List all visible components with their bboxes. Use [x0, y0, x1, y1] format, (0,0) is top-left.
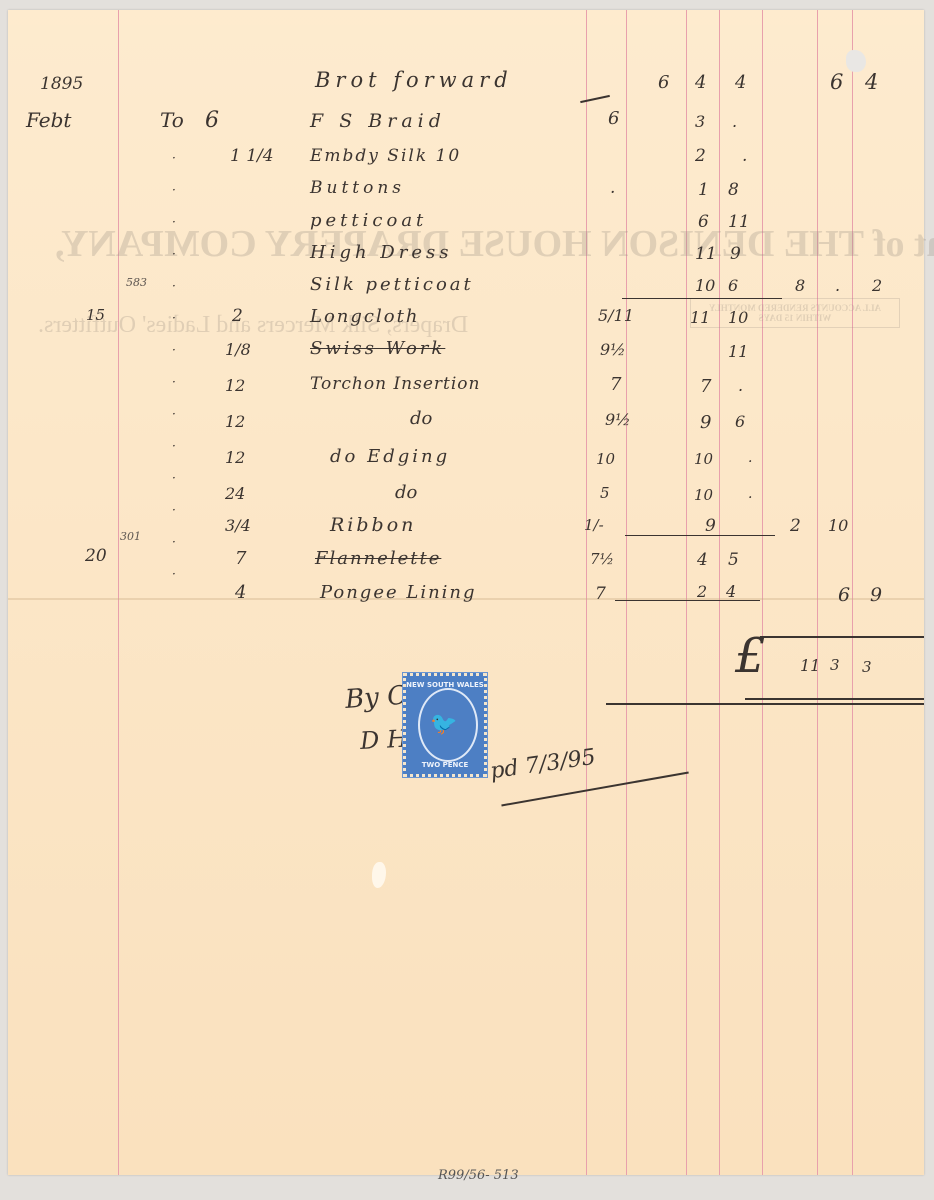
total-pounds: 11 [800, 656, 820, 675]
entry-subtotal-s: 8 [795, 276, 805, 295]
entry-rate: 7 [595, 584, 606, 604]
margin-rule [118, 10, 119, 1175]
subtotal-line [615, 600, 760, 601]
total-pence: 3 [862, 658, 872, 676]
entry-s: 9 [700, 412, 711, 433]
entry-qty: 1 1/4 [230, 146, 274, 166]
entry-date: 20 [85, 546, 107, 566]
total-top-line [760, 636, 924, 638]
entry-subtotal-s: 6 [838, 584, 850, 606]
entry-d: 6 [735, 412, 745, 431]
entry-subtotal-d: 2 [872, 276, 882, 295]
entry-qty: 24 [225, 484, 245, 503]
entry-s: 2 [695, 146, 706, 166]
entry-d: 11 [728, 342, 748, 361]
entry-date: 15 [86, 306, 105, 324]
entry-s: 4 [697, 550, 708, 570]
entry-subtotal-s: 2 [790, 516, 801, 536]
entry-rate: 10 [596, 450, 615, 468]
entry-s: 7 [700, 376, 711, 397]
entry-item: Silk petticoat [310, 274, 474, 295]
entry-item: Flannelette [315, 548, 441, 569]
column-rule [762, 10, 763, 1175]
entry-item: High Dress [310, 242, 452, 263]
entry-d: 6 [728, 276, 738, 295]
bf-d: 4 [735, 72, 746, 93]
entry-s: 10 [694, 486, 713, 504]
subtotal-line [622, 298, 782, 299]
subtotal-line [625, 535, 775, 536]
entry-item: F S Braid [310, 110, 446, 132]
entry-qty: 12 [225, 376, 245, 395]
entry-rate: 9½ [600, 340, 626, 359]
entry-d: 4 [726, 582, 736, 601]
entry-rate: 7 [610, 374, 621, 395]
letterhead-ghost-box: ALL ACCOUNTS RENDERED MONTHLY WITHIN 15 … [690, 298, 900, 328]
letterhead-ghost: Bought of THE DENISON HOUSE DRAPERY COMP… [55, 222, 934, 266]
entry-subtotal-sep: . [835, 276, 840, 295]
emu-icon: 🐦 [430, 712, 457, 737]
entry-item: Buttons [310, 178, 405, 198]
entry-d: . [748, 450, 752, 466]
entry-subtotal-d: 10 [828, 516, 848, 535]
entry-ref: 583 [126, 276, 147, 289]
entry-d: . [742, 146, 747, 166]
entry-d: 8 [728, 180, 739, 200]
entry-rate: . [610, 178, 615, 198]
entry-rate: 1/- [584, 516, 604, 534]
entry-qty: 3/4 [225, 516, 251, 535]
entry-item: do [395, 482, 417, 503]
stamp-bottom-text: TWO PENCE [406, 761, 484, 769]
brought-forward-label: Brot forward [315, 68, 513, 92]
pound-sign: £ [735, 628, 766, 684]
column-rule [817, 10, 818, 1175]
entry-d: 9 [705, 516, 716, 536]
entry-d: . [748, 486, 752, 502]
entry-qty: 12 [225, 412, 245, 431]
column-rule [719, 10, 720, 1175]
entry-item: Longcloth [310, 306, 419, 327]
entry-d: . [738, 376, 743, 395]
revenue-stamp: NEW SOUTH WALES 🐦 TWO PENCE [403, 673, 487, 777]
entry-d: 5 [728, 550, 739, 570]
year: 1895 [40, 74, 83, 94]
entry-d: 10 [728, 308, 748, 327]
entry-item: Ribbon [330, 514, 416, 536]
entry-item: Pongee Lining [320, 582, 477, 603]
entry-rate: 5/11 [598, 306, 634, 325]
archive-reference: R99/56- 513 [438, 1168, 519, 1183]
column-rule [852, 10, 853, 1175]
entry-s: 2 [697, 582, 707, 601]
total-double-line [606, 703, 924, 705]
total-shillings: 3 [830, 656, 840, 674]
entry-subtotal-d: 9 [870, 584, 882, 606]
month: Febt [26, 108, 71, 132]
entry-s: 1 [698, 180, 709, 200]
entry-item: do [410, 408, 432, 429]
entry-item: Torchon Insertion [310, 374, 480, 394]
column-rule [586, 10, 587, 1175]
entry-rate: 7½ [590, 550, 614, 568]
paper-damage [846, 50, 866, 72]
entry-item: Swiss Work [310, 338, 445, 359]
entry-d: 11 [728, 212, 750, 232]
entry-s: 11 [695, 244, 717, 264]
ditto-dots: ·············· [172, 142, 176, 590]
bf-rate: 6 [658, 72, 669, 93]
entry-s: 3 [695, 112, 705, 131]
entry-qty: 2 [232, 306, 243, 326]
column-rule [686, 10, 687, 1175]
entry-item: do Edging [330, 446, 450, 467]
column-rule [626, 10, 627, 1175]
entry-rate: 6 [608, 108, 619, 129]
entry-s: 10 [695, 276, 715, 295]
entry-d: . [732, 112, 737, 131]
total-double-line [745, 698, 924, 700]
entry-qty: 6 [205, 108, 219, 133]
to-label: To [160, 108, 184, 132]
entry-s: 10 [694, 450, 713, 468]
entry-qty: 4 [235, 582, 246, 603]
entry-ref: 301 [120, 530, 141, 543]
entry-item: petticoat [310, 210, 427, 231]
bf-total-s: 6 [830, 70, 843, 94]
entry-item: Embdy Silk 10 [310, 146, 461, 166]
entry-qty: 7 [235, 548, 246, 569]
entry-s: 6 [698, 212, 709, 232]
bf-s: 4 [695, 72, 706, 93]
entry-qty: 1/8 [225, 340, 251, 359]
entry-d: 9 [730, 244, 741, 264]
entry-qty: 12 [225, 448, 245, 467]
entry-rate: 9½ [605, 410, 631, 429]
entry-rate: 5 [600, 484, 610, 502]
bf-total-d: 4 [865, 70, 878, 94]
entry-s: 11 [690, 308, 710, 327]
